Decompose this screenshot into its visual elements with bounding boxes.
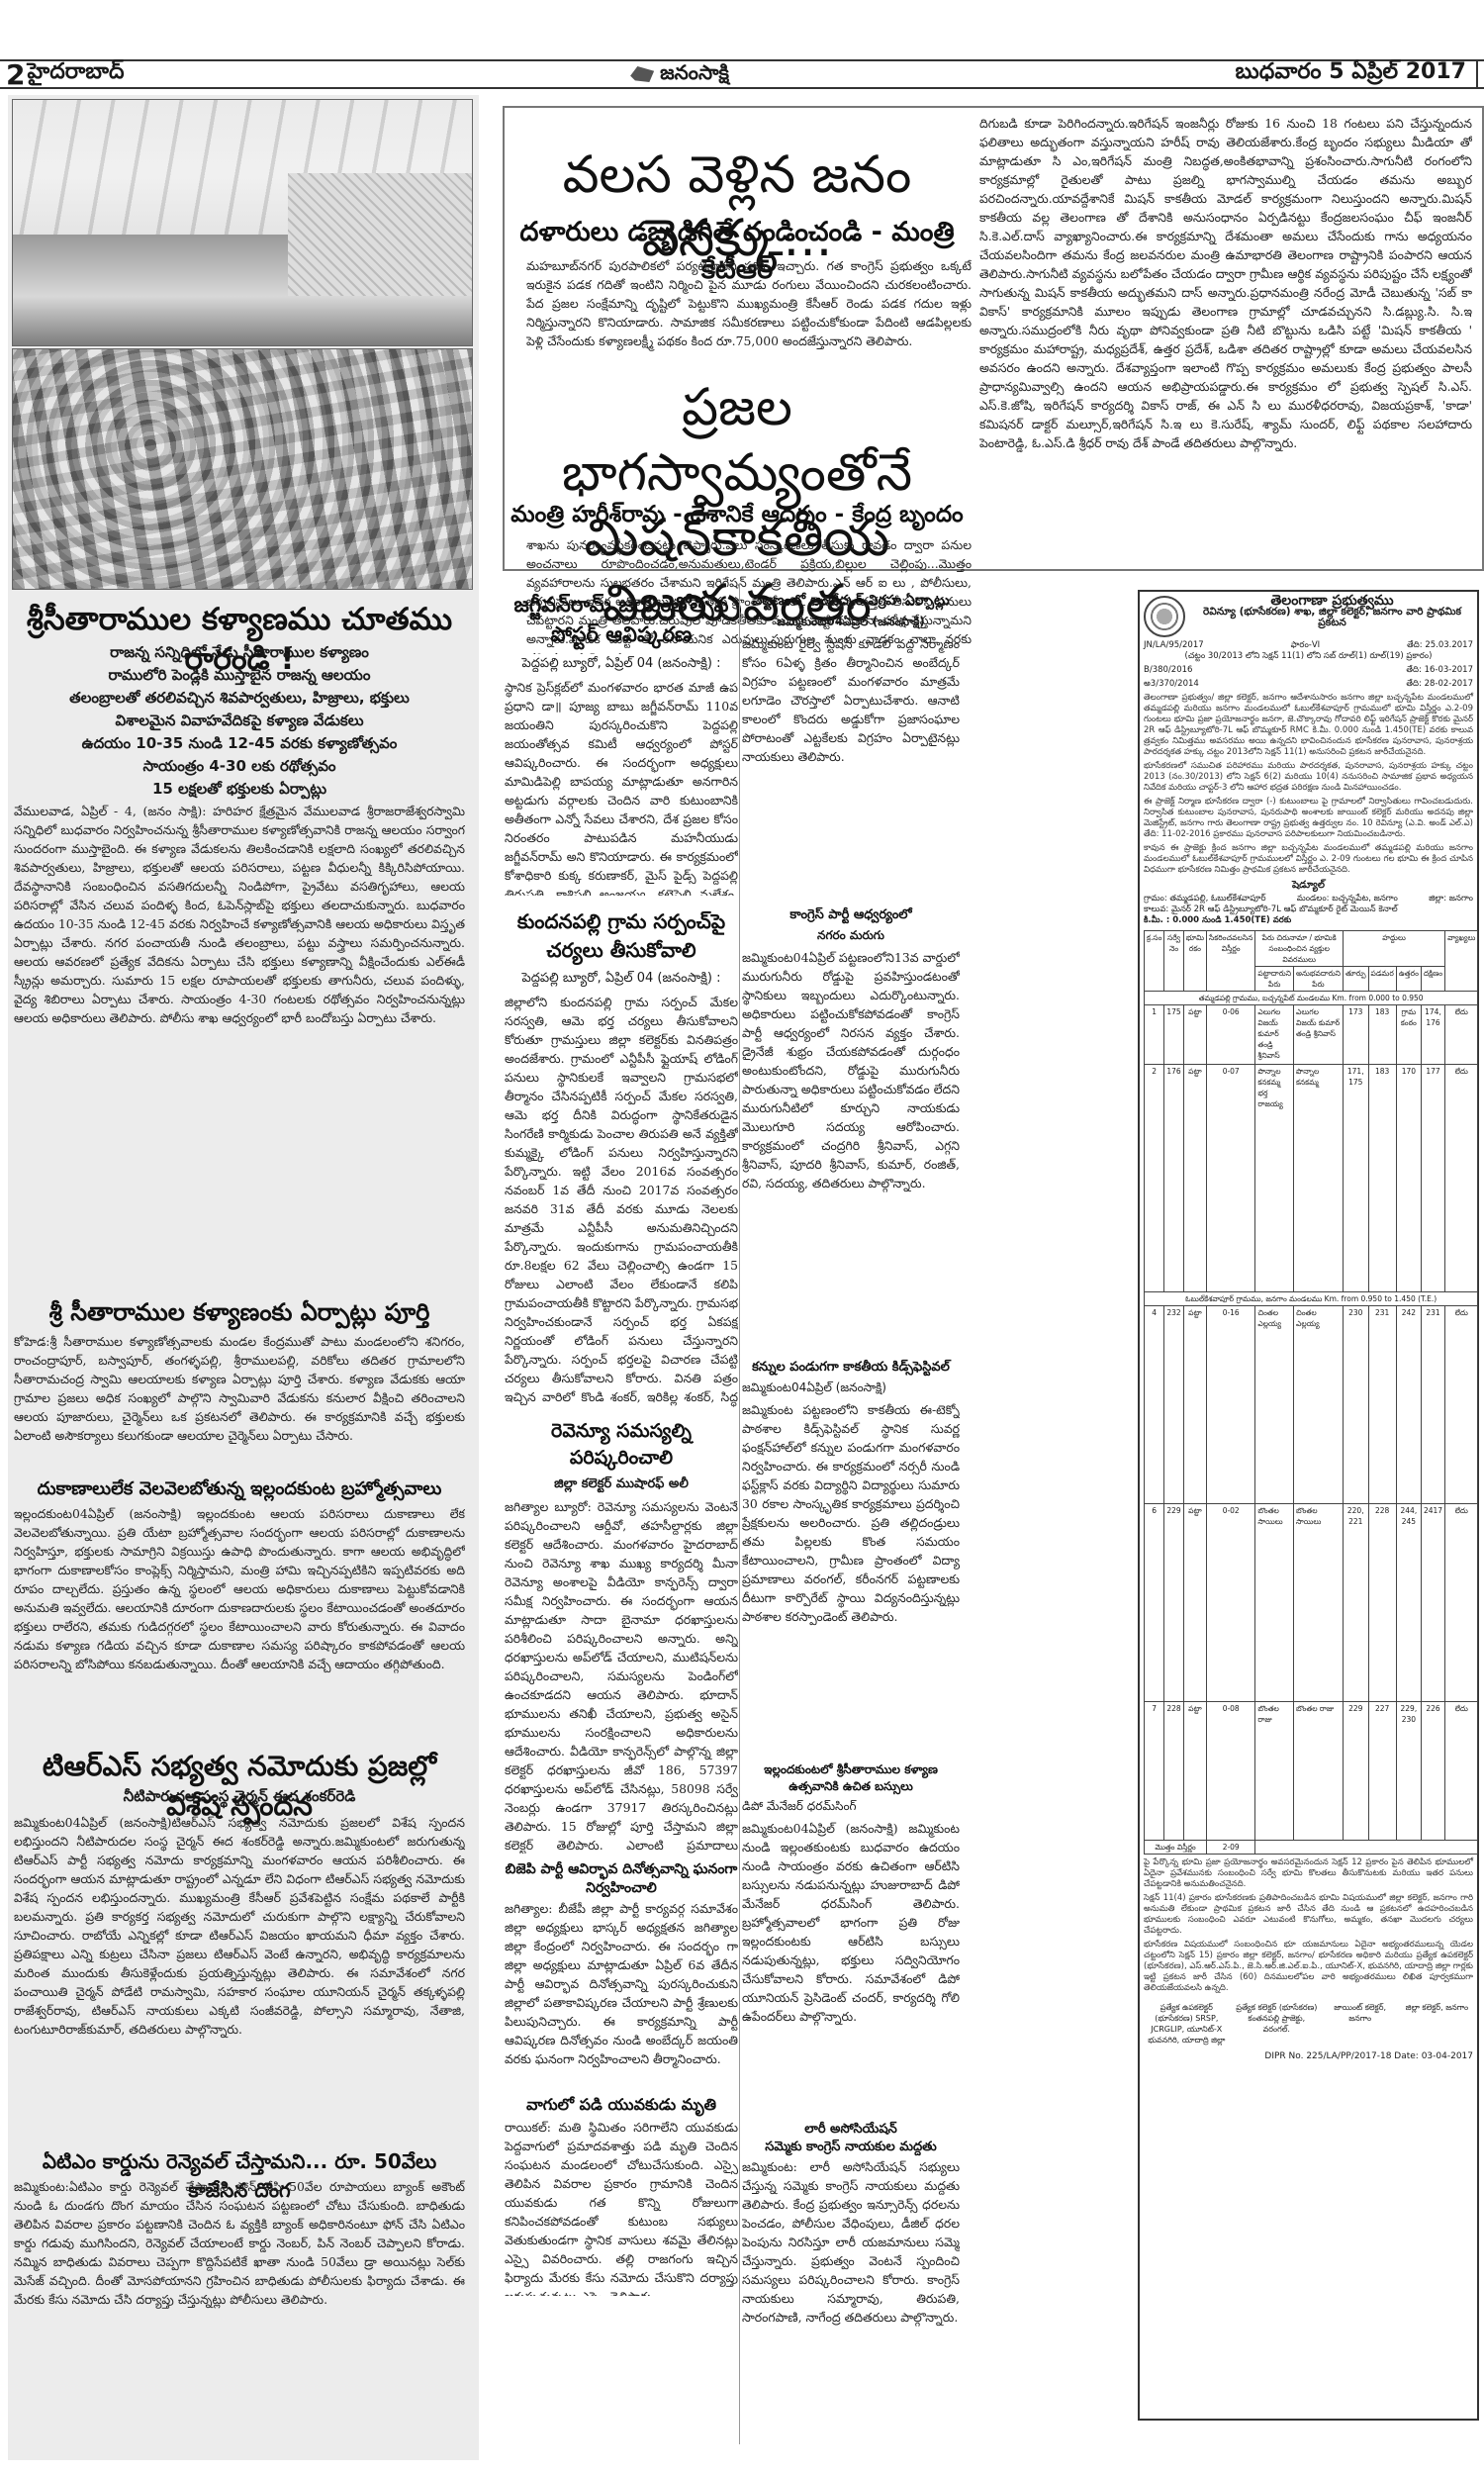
cell-west: 231: [1368, 1306, 1396, 1504]
cell-west: 228: [1368, 1504, 1396, 1702]
cell-owner: బొంతల సాయిలు: [1255, 1504, 1294, 1702]
story-subhead: నగరం మరుగు: [742, 928, 960, 945]
telangana-map-icon: [630, 66, 654, 82]
notice-paragraph: భూసేకరణలో సముచిత పరిహారము మరియు పారదర్శక…: [1144, 761, 1473, 794]
cell-owner: ఎలుగల విజయ్ కుమార్ తండ్రి శ్రీనివాస్: [1255, 1005, 1294, 1065]
cell-north: 229, 230: [1396, 1702, 1421, 1841]
cell-south: 231: [1421, 1306, 1444, 1504]
signatory: ప్రత్యేక ఉపకలెక్టర్ (భూసేకరణ) SRSP, JCRG…: [1144, 2002, 1230, 2046]
story-headline: శ్రీ సీతారాముల కళ్యాణంకు ఏర్పాట్లు పూర్త…: [14, 1298, 465, 1332]
cell-west: 183: [1368, 1005, 1396, 1065]
col-group-header: హద్దులు: [1343, 931, 1444, 967]
land-schedule-table: క్ర.సం సర్వే నెం భూమి రకం సేకరించవలసిన వ…: [1144, 930, 1478, 1855]
story-headline: పట్టణంలో అంబేద్కర్ విగ్రహ ఏర్పాట్లు: [742, 593, 960, 612]
signatory: ప్రత్యేక కలెక్టర్ (భూసేకరణ) కంతనపల్లి ప్…: [1234, 2002, 1320, 2046]
story-headline: ఇల్లందకుంటలో శ్రీసీతారాముల కళ్యాణ ఉత్సవా…: [742, 1762, 960, 1796]
cell-west: 227: [1368, 1702, 1396, 1841]
story-headline: లారీ అసోసియేషన్: [742, 2122, 960, 2140]
cell-east: 173: [1343, 1005, 1368, 1065]
section-label: తమ్మడపల్లి గ్రామము, బచ్చన్నపేట్ మండలము K…: [1145, 992, 1478, 1005]
subhead: ఉదయం 10-35 నుండి 12-45 వరకు కళ్యాణోత్సవం: [14, 732, 465, 755]
cell-type: పట్టా: [1183, 1504, 1206, 1702]
km-line: కి.మీ. : 0.000 నుండి 1.450(TE) వరకు: [1144, 915, 1473, 926]
cell-survey: 228: [1164, 1702, 1183, 1841]
cell-area: 0-06: [1207, 1005, 1255, 1065]
dateline: పెద్దపల్లి బ్యూరో, ఏప్రిల్ 04 (జనంసాక్షి…: [505, 656, 738, 674]
page-number: 2: [6, 58, 25, 91]
paper-logo: జనంసాక్షి: [630, 60, 729, 89]
total-value: 2-09: [1207, 1841, 1255, 1855]
cell-survey: 176: [1164, 1065, 1183, 1292]
col-header: అనుభవదారుని పేరు: [1294, 967, 1344, 992]
column-divider: [739, 584, 740, 2444]
signatories: ప్రత్యేక ఉపకలెక్టర్ (భూసేకరణ) SRSP, JCRG…: [1144, 2002, 1473, 2046]
col-header: సర్వే నెం: [1164, 931, 1183, 992]
cell-east: 229: [1343, 1702, 1368, 1841]
cell-type: పట్టా: [1183, 1005, 1206, 1065]
paper-name: జనంసాక్షి: [660, 60, 729, 89]
devotees-crowd-photo: [12, 348, 473, 590]
mandal-line: మండలం: బచ్చన్నపేట, జనగాం: [1297, 894, 1398, 904]
dateline: డిపో మేనేజర్ ధరమ్‌సింగ్: [742, 1799, 960, 1816]
col-header: పడమర: [1368, 967, 1396, 992]
dateline: పెద్దపల్లి బ్యూరో, ఏప్రిల్ 04 (జనంసాక్షి…: [505, 971, 738, 989]
cell-sno: 1: [1145, 1005, 1164, 1065]
cell-remarks: లేదు: [1445, 1504, 1478, 1702]
story-body: జగిత్యాల బ్యూరో: రెవెన్యూ సమస్యలను వెంటన…: [505, 1497, 738, 1854]
story-body: వేములవాడ, ఏప్రిల్ - 4, (జనం సాక్షి): హరి…: [14, 802, 465, 1286]
col-header: క్ర.సం: [1145, 931, 1164, 992]
tent-canopy-photo: [12, 99, 473, 346]
cell-north: 170: [1396, 1065, 1421, 1292]
notice-paragraph: సెక్షన్ 11(4) ప్రకారం భూసేకరణకు ప్రతిపాద…: [1144, 1893, 1473, 1937]
cell-owner: పొన్నాల కనకమ్మ భర్త రాజయ్య: [1255, 1065, 1294, 1292]
table-row: 7 228 పట్టా 0-08 బొంతల రాజు బొంతల రాజు 2…: [1145, 1702, 1478, 1841]
cell-area: 0-02: [1207, 1504, 1255, 1702]
table-row: 2 176 పట్టా 0-07 పొన్నాల కనకమ్మ భర్త రాజ…: [1145, 1065, 1478, 1292]
cell-north: 244, 245: [1396, 1504, 1421, 1702]
story-headline: బిజెపి పార్టీ ఆవిర్భావ దినోత్సవాన్ని ఘనం…: [505, 1861, 738, 1899]
file-date: తేది: 28-02-2017: [1406, 679, 1473, 690]
dateline: జమ్మికుంట04ఏప్రిల్ (జనంసాక్షి): [742, 1380, 960, 1397]
middle-column-b: పట్టణంలో అంబేద్కర్ విగ్రహ ఏర్పాట్లు జమ్మ…: [742, 579, 960, 2355]
subhead: తలంబ్రాలతో తరలివచ్చిన శివపార్వతులు, హిజ్…: [14, 687, 465, 710]
section-name: హైదరాబాద్: [27, 59, 124, 89]
story-body: జమ్మికుంట రైల్వే స్టేషన్ కూడలి వద్ద నిర్…: [742, 634, 960, 902]
reference-number: JN/LA/95/2017: [1144, 640, 1204, 651]
subhead: 15 లక్షలతో భక్తులకు ఏర్పాట్లు: [14, 778, 465, 801]
lead-story-box: వలస వెళ్లిన జనం వెనక్కు... దళారులు డబ్బడ…: [503, 106, 1484, 571]
story-subhead: నీటిపారుదల సంస్థ చైర్మన్ ఈద శంకర్‌రెడి: [14, 1787, 465, 1809]
cell-sno: 7: [1145, 1702, 1164, 1841]
district-line: జిల్లా: జనగాం: [1429, 894, 1473, 904]
story-body: జగిత్యాల: బీజేపీ జిల్లా పార్టీ కార్యవర్గ…: [505, 1899, 738, 2087]
cell-owner: బొంతల రాజు: [1255, 1702, 1294, 1841]
story-subhead: సమ్మెకు కాంగ్రెస్ నాయకుల మద్దతు: [742, 2140, 960, 2157]
cell-south: 226: [1421, 1702, 1444, 1841]
col-header: తూర్పు: [1343, 967, 1368, 992]
cell-type: పట్టా: [1183, 1065, 1206, 1292]
middle-column-a: జగ్జీవన్‌రామ్ జయంతోత్సవ పోస్టర్ ఆవిష్కరణ…: [505, 579, 738, 2296]
cell-north: 242: [1396, 1306, 1421, 1504]
story-subheads: రాజన్న సన్నిధిలో నేడు సీతారాముల కళ్యాణం …: [14, 641, 465, 801]
story-body: జమ్మికుంట04ఏప్రిల్ పట్టణంలోని13వ వార్డుల…: [742, 948, 960, 1354]
cell-south: 174, 176: [1421, 1005, 1444, 1065]
cell-east: 230: [1343, 1306, 1368, 1504]
schedule-title: షెడ్యూల్: [1144, 880, 1473, 891]
page-masthead: 2 హైదరాబాద్ జనంసాక్షి బుధవారం 5 ఏప్రిల్ …: [0, 59, 1484, 89]
col-header: సేకరించవలసిన విస్తీర్ణం: [1207, 931, 1255, 992]
story-headline: వాగులో పడి యువకుడు మృతి: [505, 2095, 738, 2118]
col-header: ఉత్తరం: [1396, 967, 1421, 992]
signatory: జిల్లా కలెక్టర్, జనగాం: [1401, 2002, 1473, 2046]
cell-type: పట్టా: [1183, 1702, 1206, 1841]
table-row: 4 232 పట్టా 0-16 చింతల ఎల్లయ్య చింతల ఎల్…: [1145, 1306, 1478, 1504]
canal-line: కాలువ: మైనర్ 2R ఆఫ్ డిస్ట్రిబ్యూటోరి-7L …: [1144, 904, 1473, 915]
col-header: వ్యాఖ్యలు: [1445, 931, 1478, 992]
subhead: రాజన్న సన్నిధిలో నేడు సీతారాముల కళ్యాణం: [14, 641, 465, 664]
notice-paragraph: కావున ఈ ప్రాజెక్టు క్రింద జనగాం జిల్లా బ…: [1144, 843, 1473, 876]
cell-sno: 6: [1145, 1504, 1164, 1702]
page-section: 2 హైదరాబాద్: [6, 58, 124, 91]
col-header: భూమి రకం: [1183, 931, 1206, 992]
story-subhead: జిల్లా కలెక్టర్ ముషారఫ్ అలీ: [505, 1476, 738, 1494]
headline-line: ప్రజల భాగస్వామ్యంతోనే: [505, 375, 970, 506]
story-headline: కన్నుల పండుగగా కాకతీయ కిడ్స్‌ఫెస్టివల్: [742, 1360, 960, 1378]
story-body: రాయికల్: మతి స్థిమితం సరిగాలేని యువకుడు …: [505, 2118, 738, 2296]
file-number: అ3/370/2014: [1144, 679, 1199, 690]
story-headline: జగ్జీవన్‌రామ్ జయంతోత్సవ పోస్టర్ ఆవిష్కరణ: [505, 593, 738, 652]
cell-north: గ్రామ కంఠం: [1396, 1005, 1421, 1065]
government-seal-icon: [1144, 596, 1185, 637]
notice-paragraph: తెలంగాణా ప్రభుత్వం/ జిల్లా కలెక్టర్, జనగ…: [1144, 693, 1473, 758]
cell-area: 0-08: [1207, 1702, 1255, 1841]
col-header: పట్టాదారుని పేరు: [1255, 967, 1294, 992]
signatory: జాయింట్ కలెక్టర్, జనగాం: [1324, 2002, 1396, 2046]
notice-paragraph: ఈ ప్రాజెక్ట్ నిర్మాణ భూసేకరణ ద్వారా (-) …: [1144, 797, 1473, 840]
cell-east: 220, 221: [1343, 1504, 1368, 1702]
notice-paragraph: భూసేకరణ విషయములో సంబంధించిన భూ యజమానులు …: [1144, 1940, 1473, 1994]
file-date: తేది: 16-03-2017: [1406, 665, 1473, 676]
dipr-number: DIPR No. 225/LA/PP/2017-18 Date: 03-04-2…: [1144, 2051, 1473, 2062]
story-body: కోహెడ:శ్రీ సీతారాముల కళ్యాణోత్సవాలకు మండ…: [14, 1332, 465, 1461]
col-header: దక్షిణం: [1421, 967, 1444, 992]
cell-south: 177: [1421, 1065, 1444, 1292]
cell-type: పట్టా: [1183, 1306, 1206, 1504]
cell-owner: చింతల ఎల్లయ్య: [1255, 1306, 1294, 1504]
cell-survey: 175: [1164, 1005, 1183, 1065]
lead-body: మహబూబ్‌నగర్ పురపాలికలో పర్యటిస్తానని హామ…: [526, 256, 972, 355]
form-number: ఫారం-VI: [1291, 640, 1321, 651]
cell-survey: 229: [1164, 1504, 1183, 1702]
cell-occupant: పొన్నాల కనకమ్మ: [1294, 1065, 1344, 1292]
act-reference: (చట్టం 30/2013 లోని సెక్షన్ 11(1) లోని స…: [1144, 651, 1473, 662]
cell-east: 171, 175: [1343, 1065, 1368, 1292]
cell-occupant: బొంతల సాయిలు: [1294, 1504, 1344, 1702]
cell-area: 0-16: [1207, 1306, 1255, 1504]
cell-occupant: బొంతల రాజు: [1294, 1702, 1344, 1841]
story-body: జమ్మికుంట04ఏప్రిల్ (జనంసాక్షి) జమ్మికుంట…: [742, 1819, 960, 2116]
issue-date: బుధవారం 5 ఏప్రిల్ 2017: [1236, 61, 1478, 87]
col-group-header: పేరు చిరునామా / భూమికి సంబంధించిన వ్యక్త…: [1255, 931, 1344, 967]
cell-sno: 2: [1145, 1065, 1164, 1292]
subhead: సాయంత్రం 4-30 లకు రథోత్సవం: [14, 755, 465, 778]
cell-occupant: ఎలుగల విజయ్ కుమార్ తండ్రి శ్రీనివాస్: [1294, 1005, 1344, 1065]
cell-remarks: లేదు: [1445, 1702, 1478, 1841]
cell-remarks: లేదు: [1445, 1306, 1478, 1504]
notice-paragraph: పై పేర్కొన్న భూమి ప్రజా ప్రయోజనార్థం అవస…: [1144, 1857, 1473, 1890]
cell-area: 0-07: [1207, 1065, 1255, 1292]
cell-survey: 232: [1164, 1306, 1183, 1504]
subhead: రాములోరి పెండ్లికి ముస్తాబైన రాజన్న ఆలయం: [14, 664, 465, 687]
story-headline: రెవెన్యూ సమస్యల్ని పరిష్కరించాలి: [505, 1420, 738, 1474]
table-row: 1 175 పట్టా 0-06 ఎలుగల విజయ్ కుమార్ తండ్…: [1145, 1005, 1478, 1065]
notice-subtitle: రెవిన్యూ (భూసేకరణ) శాఖ, జిల్లా కలెక్టర్,…: [1191, 607, 1473, 628]
cell-west: 183: [1368, 1065, 1396, 1292]
story-body: జమ్మికుంట: లారీ అసోసియేషన్ సభ్యులు చేస్త…: [742, 2157, 960, 2355]
lead-continuation-body: దిగుబడి కూడా పెరిగిందన్నారు.ఇరిగేషన్ ఇంజ…: [979, 114, 1472, 559]
story-body: జిల్లాలోని కుందనపల్లి గ్రామ సర్పంచ్ మేకల…: [505, 993, 738, 1408]
story-body: స్థానిక ప్రెస్‌క్లబ్‌లో మంగళవారం భారత మా…: [505, 678, 738, 896]
story-headline: దుకాణాలులేక వెలవెలబోతున్న ఇల్లందకుంట బ్ర…: [14, 1478, 465, 1503]
cell-sno: 4: [1145, 1306, 1164, 1504]
story-body: జమ్మికుంట:ఏటిఎం కార్డు రెన్యెవల్ చేస్తామ…: [14, 2177, 465, 2454]
cell-south: 2417: [1421, 1504, 1444, 1702]
dateline: జమ్మికుంట04ఏప్రిల్ (జనంసాక్షి): [742, 615, 960, 631]
table-total-row: మొత్తం విస్తీర్ణం 2-09: [1145, 1841, 1478, 1855]
cell-remarks: లేదు: [1445, 1065, 1478, 1292]
section-label: ఓబుల్‌కేశవాపూర్ గ్రామము, జనగాం మండలము Km…: [1145, 1292, 1478, 1306]
subhead: విశాలమైన వివాహవేదికపై కళ్యాణ వేడుకలు: [14, 710, 465, 732]
story-body: ఇల్లందకుంట04ఏప్రిల్ (జనంసాక్షి) ఇల్లందకు…: [14, 1504, 465, 1732]
cell-remarks: లేదు: [1445, 1005, 1478, 1065]
story-headline: కాంగ్రెస్ పార్టీ ఆధ్వర్యంలో: [742, 907, 960, 925]
government-legal-notice: తెలంగాణా ప్రభుత్వము రెవిన్యూ (భూసేకరణ) శ…: [1138, 590, 1479, 2421]
cell-occupant: చింతల ఎల్లయ్య: [1294, 1306, 1344, 1504]
notice-date: తేది: 25.03.2017: [1407, 640, 1473, 651]
table-row: 6 229 పట్టా 0-02 బొంతల సాయిలు బొంతల సాయి…: [1145, 1504, 1478, 1702]
story-body: జమ్మికుంట04ఏప్రిల్ (జనంసాక్షి)టిఆర్ఎస్ స…: [14, 1813, 465, 2140]
second-subhead: మంత్రి హరీశ్‌రావు - దేశానికే ఆదర్శం - కే…: [505, 502, 970, 533]
story-headline: కుందనపల్లి గ్రామ సర్పంచ్‌పై చర్యలు తీసుక…: [505, 909, 738, 967]
total-label: మొత్తం విస్తీర్ణం: [1145, 1841, 1207, 1855]
file-number: B/380/2016: [1144, 665, 1192, 676]
village-line: గ్రామం: తమ్మడపల్లి, ఓబుల్‌కేశవాపూర్: [1144, 894, 1266, 904]
story-body: జమ్మికుంట పట్టణంలోని కాకతీయ ఈ-టెక్నో పాఠ…: [742, 1400, 960, 1757]
